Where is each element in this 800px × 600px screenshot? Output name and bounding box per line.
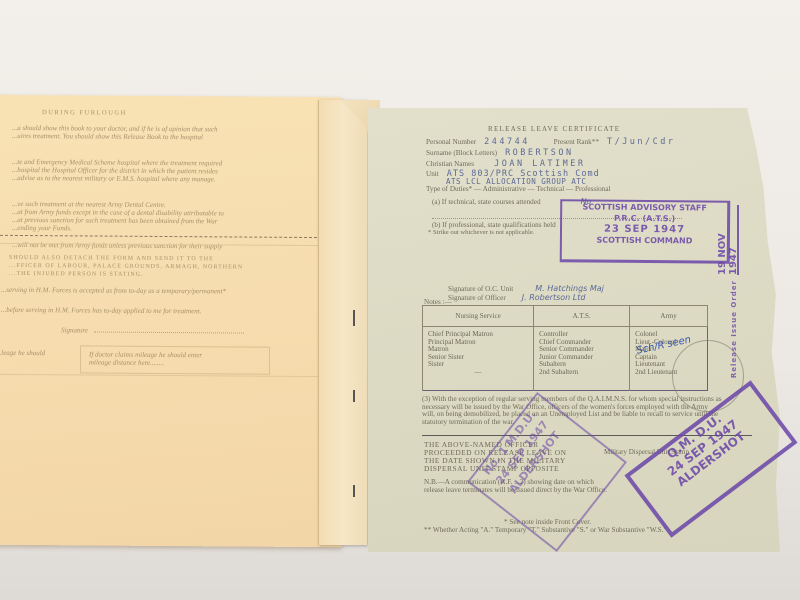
certificate-title: RELEASE LEAVE CERTIFICATE	[488, 125, 620, 133]
type-of-duties-label: Type of Duties* — Administrative — Techn…	[426, 185, 611, 193]
ranks-header-army: Army	[630, 306, 708, 327]
personal-number-label: Personal Number	[426, 138, 476, 146]
spine-mark	[353, 485, 355, 497]
officer-signature-value: J. Robertson Ltd	[522, 293, 586, 302]
stamp-line: SCOTTISH COMMAND	[562, 234, 727, 246]
oc-signature-label: Signature of O.C. Unit	[448, 285, 513, 293]
ranks-header-nursing: Nursing Service	[423, 306, 534, 327]
spine-mark	[353, 310, 355, 326]
surname-value: ROBERTSON	[505, 148, 574, 158]
surname-row: Surname (Block Letters)ROBERTSON	[426, 148, 574, 158]
strike-out-note: * Strike out whichever is not applicable…	[428, 229, 534, 236]
christian-names-value: JOAN LATIMER	[494, 159, 585, 169]
ranks-column-ats: Controller Chief Commander Senior Comman…	[534, 327, 630, 391]
signature-line	[94, 331, 244, 333]
christian-names-label: Christian Names	[426, 160, 474, 168]
vertical-date-stamp: 19 NOV 1947	[717, 205, 739, 275]
officer-signature-row: Signature of OfficerJ. Robertson Ltd	[448, 293, 585, 302]
scottish-command-stamp: SCOTTISH ADVISORY STAFF P.R.C. (A.T.S.) …	[560, 199, 731, 263]
present-rank-value: T/Jun/Cdr	[607, 137, 676, 147]
oc-signature-row: Signature of O.C. UnitM. Hatchings Maj	[448, 284, 604, 293]
officer-signature-label: Signature of Officer	[448, 294, 506, 302]
mileage-box: If doctor claims mileage he should enter…	[80, 345, 270, 374]
present-rank-label: Present Rank**	[554, 138, 599, 146]
mileage-box-line: mileage distance here........	[89, 358, 261, 367]
accepted-line: ...serving in H.M. Forces is accepted as…	[0, 278, 331, 296]
left-page-heading: DURING FURLOUGH	[42, 109, 324, 118]
spine-mark	[353, 390, 355, 402]
personal-number-row: Personal Number244744 Present Rank**T/Ju…	[426, 137, 676, 147]
ranks-header-ats: A.T.S.	[534, 306, 630, 327]
christian-names-row: Christian NamesJOAN LATIMER	[426, 159, 586, 169]
ranks-column-nursing: Chief Principal Matron Principal Matron …	[423, 327, 534, 391]
stamp-line: SCOTTISH ADVISORY STAFF	[562, 201, 727, 213]
signature-label: Signature	[61, 326, 88, 334]
mileage-left-text: ...leage he should	[0, 349, 45, 357]
unit-label: Unit	[426, 170, 439, 178]
surname-label: Surname (Block Letters)	[426, 149, 497, 157]
applied-line: ...before serving in H.M. Forces has to-…	[0, 294, 331, 316]
technical-label: (a) If technical, state courses attended	[432, 198, 541, 206]
left-book-page: DURING FURLOUGH ...u should show this bo…	[0, 95, 342, 547]
rank-cell: 2nd Subaltern	[539, 369, 624, 377]
professional-label: (b) If professional, state qualification…	[432, 221, 556, 229]
oc-signature-value: M. Hatchings Maj	[535, 284, 604, 293]
professional-row: (b) If professional, state qualification…	[432, 221, 556, 229]
personal-number-value: 244744	[484, 137, 530, 147]
type-of-duties-row: Type of Duties* — Administrative — Techn…	[426, 185, 611, 193]
book-spine	[318, 100, 367, 545]
rank-cell: —	[428, 369, 528, 377]
